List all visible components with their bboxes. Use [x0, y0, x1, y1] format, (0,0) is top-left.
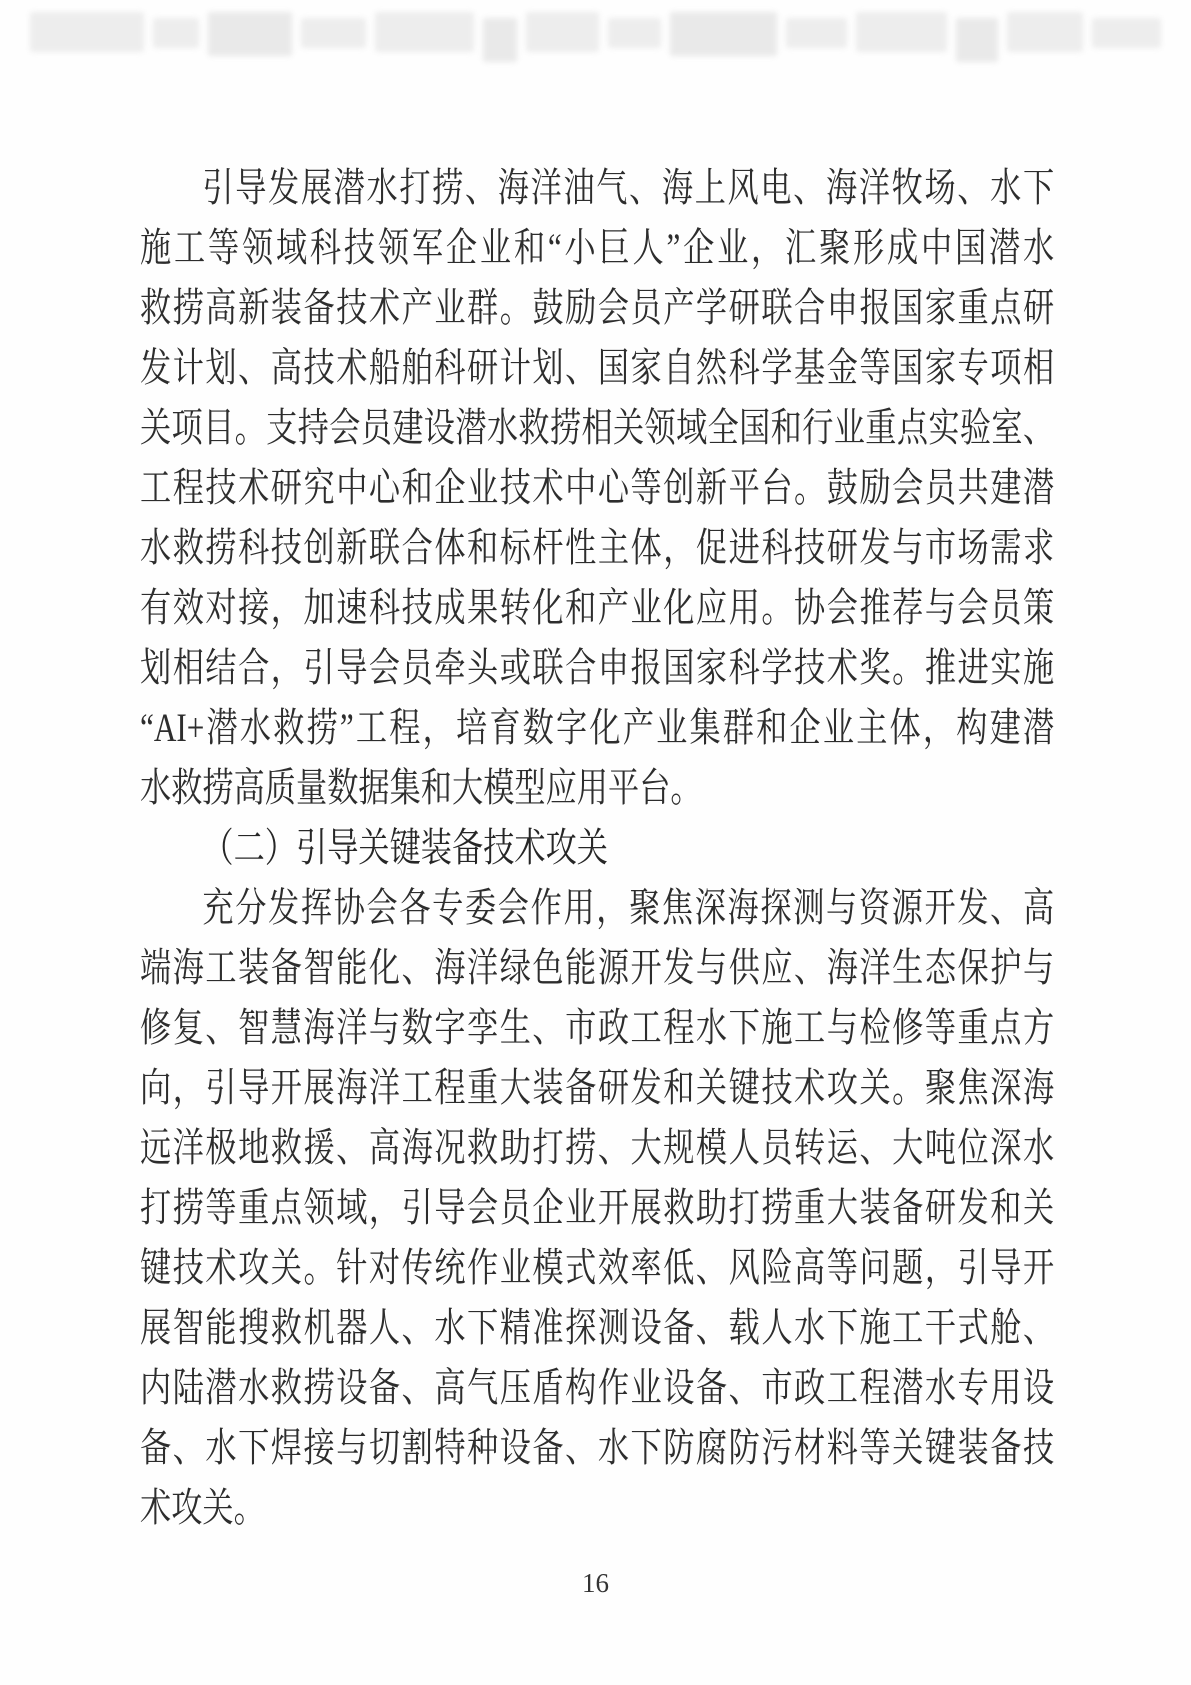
text-line: 展智能搜救机器人、水下精准探测设备、载人水下施工干式舱、	[140, 1298, 1054, 1358]
document-page: 引导发展潜水打捞、海洋油气、海上风电、海洋牧场、水下 施工等领域科技领军企业和“…	[0, 0, 1191, 1685]
text-line: 打捞等重点领域，引导会员企业开展救助打捞重大装备研发和关	[140, 1178, 1054, 1238]
text-line: 内陆潜水救捞设备、高气压盾构作业设备、市政工程潜水专用设	[140, 1358, 1054, 1418]
page-number: 16	[0, 1568, 1191, 1599]
bleed-smudge	[375, 12, 474, 52]
text-line: 充分发挥协会各专委会作用，聚焦深海探测与资源开发、高	[140, 878, 1054, 938]
text-line: 远洋极地救援、高海况救助打捞、大规模人员转运、大吨位深水	[140, 1118, 1054, 1178]
text-line: 修复、智慧海洋与数字孪生、市政工程水下施工与检修等重点方	[140, 998, 1054, 1058]
bleed-smudge	[856, 12, 947, 52]
text-line: 水救捞科技创新联合体和标杆性主体，促进科技研发与市场需求	[140, 518, 1054, 578]
text-line: 术攻关。	[140, 1478, 1054, 1538]
bleed-smudge	[526, 12, 598, 52]
bleed-smudge	[1007, 12, 1083, 52]
section-heading: （二）引导关键装备技术攻关	[140, 818, 1054, 878]
body-text: 引导发展潜水打捞、海洋油气、海上风电、海洋牧场、水下 施工等领域科技领军企业和“…	[140, 158, 1054, 1538]
text-line: 水救捞高质量数据集和大模型应用平台。	[140, 758, 1054, 818]
text-line: 划相结合，引导会员牵头或联合申报国家科学技术奖。推进实施	[140, 638, 1054, 698]
text-line: “AI+潜水救捞”工程，培育数字化产业集群和企业主体，构建潜	[140, 698, 1054, 758]
text-line: 发计划、高技术船舶科研计划、国家自然科学基金等国家专项相	[140, 338, 1054, 398]
bleed-smudge	[301, 18, 366, 48]
bleed-smudge	[956, 18, 998, 62]
text-line: 施工等领域科技领军企业和“小巨人”企业，汇聚形成中国潜水	[140, 218, 1054, 278]
bleed-smudge	[670, 12, 777, 56]
bleed-smudge	[208, 12, 292, 56]
text-line: 引导发展潜水打捞、海洋油气、海上风电、海洋牧场、水下	[140, 158, 1054, 218]
text-line: 工程技术研究中心和企业技术中心等创新平台。鼓励会员共建潜	[140, 458, 1054, 518]
text-line: 键技术攻关。针对传统作业模式效率低、风险高等问题，引导开	[140, 1238, 1054, 1298]
text-line: 有效对接，加速科技成果转化和产业化应用。协会推荐与会员策	[140, 578, 1054, 638]
bleed-smudge	[483, 18, 517, 62]
text-line: 备、水下焊接与切割特种设备、水下防腐防污材料等关键装备技	[140, 1418, 1054, 1478]
bleed-smudge	[153, 18, 199, 48]
bleed-through-artifact	[30, 12, 1161, 58]
text-line: 向，引导开展海洋工程重大装备研发和关键技术攻关。聚焦深海	[140, 1058, 1054, 1118]
bleed-smudge	[608, 18, 661, 48]
bleed-smudge	[30, 12, 144, 52]
text-line: 关项目。支持会员建设潜水救捞相关领域全国和行业重点实验室、	[140, 398, 1054, 458]
bleed-smudge	[1092, 18, 1161, 48]
bleed-smudge	[786, 18, 847, 48]
text-line: 救捞高新装备技术产业群。鼓励会员产学研联合申报国家重点研	[140, 278, 1054, 338]
text-line: 端海工装备智能化、海洋绿色能源开发与供应、海洋生态保护与	[140, 938, 1054, 998]
